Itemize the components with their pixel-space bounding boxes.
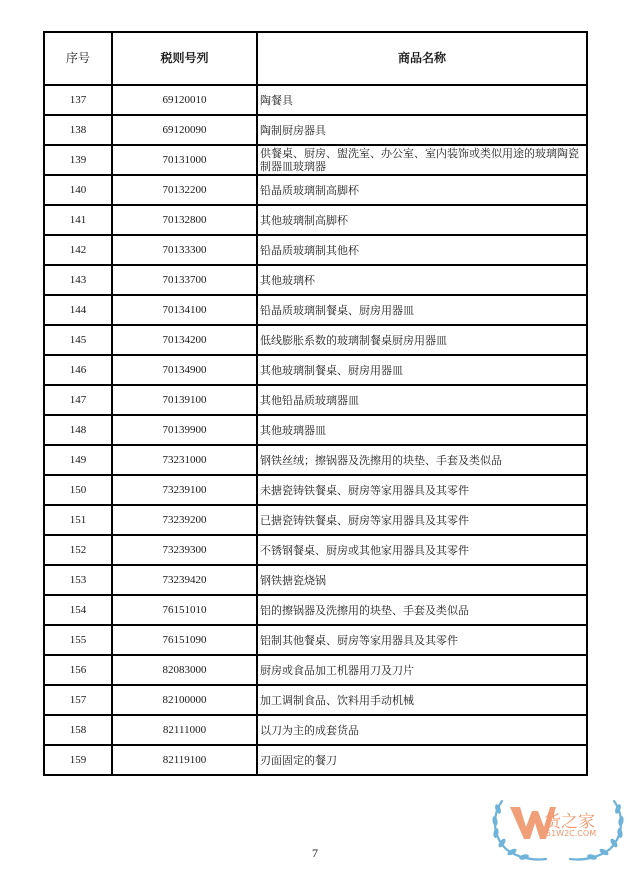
serial-number-cell: 147 bbox=[44, 385, 112, 415]
tariff-code-cell: 73239100 bbox=[112, 475, 257, 505]
product-name-cell: 已搪瓷铸铁餐桌、厨房等家用器具及其零件 bbox=[257, 505, 587, 535]
serial-number-cell: 137 bbox=[44, 85, 112, 115]
document-page: 序号 税则号列 商品名称 13769120010陶餐具13869120090陶制… bbox=[0, 0, 630, 872]
serial-number-cell: 144 bbox=[44, 295, 112, 325]
tariff-code-cell: 70134200 bbox=[112, 325, 257, 355]
serial-number-cell: 145 bbox=[44, 325, 112, 355]
product-name-cell: 刃面固定的餐刀 bbox=[257, 745, 587, 775]
product-name-cell: 铅晶质玻璃制高脚杯 bbox=[257, 175, 587, 205]
tariff-code-cell: 70139900 bbox=[112, 415, 257, 445]
serial-number-cell: 140 bbox=[44, 175, 112, 205]
tariff-code-cell: 73239300 bbox=[112, 535, 257, 565]
product-name-cell: 铅晶质玻璃制餐桌、厨房用器皿 bbox=[257, 295, 587, 325]
serial-number-cell: 149 bbox=[44, 445, 112, 475]
tariff-code-cell: 82119100 bbox=[112, 745, 257, 775]
table-row: 14870139900其他玻璃器皿 bbox=[44, 415, 587, 445]
product-name-cell: 低线膨胀系数的玻璃制餐桌厨房用器皿 bbox=[257, 325, 587, 355]
header-product-name: 商品名称 bbox=[257, 32, 587, 85]
tariff-code-cell: 70133300 bbox=[112, 235, 257, 265]
tariff-code-cell: 76151090 bbox=[112, 625, 257, 655]
product-name-cell: 供餐桌、厨房、盥洗室、办公室、室内装饰或类似用途的玻璃陶瓷制器皿玻璃器 bbox=[257, 145, 587, 175]
serial-number-cell: 153 bbox=[44, 565, 112, 595]
table-row: 14670134900其他玻璃制餐桌、厨房用器皿 bbox=[44, 355, 587, 385]
product-name-cell: 厨房或食品加工机器用刀及刀片 bbox=[257, 655, 587, 685]
serial-number-cell: 139 bbox=[44, 145, 112, 175]
product-name-cell: 其他玻璃器皿 bbox=[257, 415, 587, 445]
tariff-code-cell: 82111000 bbox=[112, 715, 257, 745]
tariff-code-cell: 70134100 bbox=[112, 295, 257, 325]
tariff-code-cell: 73239420 bbox=[112, 565, 257, 595]
serial-number-cell: 142 bbox=[44, 235, 112, 265]
table-row: 14470134100铅晶质玻璃制餐桌、厨房用器皿 bbox=[44, 295, 587, 325]
table-row: 14170132800其他玻璃制高脚杯 bbox=[44, 205, 587, 235]
tariff-code-cell: 69120010 bbox=[112, 85, 257, 115]
table-row: 13869120090陶制厨房器具 bbox=[44, 115, 587, 145]
tariff-code-cell: 70139100 bbox=[112, 385, 257, 415]
serial-number-cell: 138 bbox=[44, 115, 112, 145]
product-name-cell: 铅晶质玻璃制其他杯 bbox=[257, 235, 587, 265]
table-row: 14973231000钢铁丝绒；擦锅器及洗擦用的块垫、手套及类似品 bbox=[44, 445, 587, 475]
tariff-code-cell: 73231000 bbox=[112, 445, 257, 475]
table-body: 13769120010陶餐具13869120090陶制厨房器具139701310… bbox=[44, 85, 587, 775]
table-row: 15882111000以刀为主的成套货品 bbox=[44, 715, 587, 745]
table-row: 15073239100未搪瓷铸铁餐桌、厨房等家用器具及其零件 bbox=[44, 475, 587, 505]
table-row: 15373239420钢铁搪瓷烧锅 bbox=[44, 565, 587, 595]
serial-number-cell: 146 bbox=[44, 355, 112, 385]
table-row: 15273239300不锈钢餐桌、厨房或其他家用器具及其零件 bbox=[44, 535, 587, 565]
header-tariff-code: 税则号列 bbox=[112, 32, 257, 85]
watermark-url: 51W2C.COM bbox=[546, 829, 596, 838]
product-name-cell: 铝的擦锅器及洗擦用的块垫、手套及类似品 bbox=[257, 595, 587, 625]
tariff-code-cell: 76151010 bbox=[112, 595, 257, 625]
serial-number-cell: 154 bbox=[44, 595, 112, 625]
product-name-cell: 钢铁丝绒；擦锅器及洗擦用的块垫、手套及类似品 bbox=[257, 445, 587, 475]
serial-number-cell: 152 bbox=[44, 535, 112, 565]
serial-number-cell: 158 bbox=[44, 715, 112, 745]
product-name-cell: 未搪瓷铸铁餐桌、厨房等家用器具及其零件 bbox=[257, 475, 587, 505]
product-name-cell: 其他铅晶质玻璃器皿 bbox=[257, 385, 587, 415]
product-name-cell: 其他玻璃杯 bbox=[257, 265, 587, 295]
tariff-code-cell: 70131000 bbox=[112, 145, 257, 175]
tariff-code-cell: 82100000 bbox=[112, 685, 257, 715]
tariff-code-cell: 69120090 bbox=[112, 115, 257, 145]
table-row: 13970131000供餐桌、厨房、盥洗室、办公室、室内装饰或类似用途的玻璃陶瓷… bbox=[44, 145, 587, 175]
serial-number-cell: 143 bbox=[44, 265, 112, 295]
serial-number-cell: 151 bbox=[44, 505, 112, 535]
product-name-cell: 其他玻璃制餐桌、厨房用器皿 bbox=[257, 355, 587, 385]
product-name-cell: 铝制其他餐桌、厨房等家用器具及其零件 bbox=[257, 625, 587, 655]
table-row: 14370133700其他玻璃杯 bbox=[44, 265, 587, 295]
header-serial-number: 序号 bbox=[44, 32, 112, 85]
watermark-logo: 货之家 51W2C.COM bbox=[488, 793, 628, 868]
tariff-code-cell: 70132200 bbox=[112, 175, 257, 205]
serial-number-cell: 148 bbox=[44, 415, 112, 445]
serial-number-cell: 150 bbox=[44, 475, 112, 505]
table-row: 13769120010陶餐具 bbox=[44, 85, 587, 115]
tariff-table: 序号 税则号列 商品名称 13769120010陶餐具13869120090陶制… bbox=[43, 31, 588, 776]
serial-number-cell: 157 bbox=[44, 685, 112, 715]
serial-number-cell: 141 bbox=[44, 205, 112, 235]
product-name-cell: 以刀为主的成套货品 bbox=[257, 715, 587, 745]
tariff-code-cell: 82083000 bbox=[112, 655, 257, 685]
product-name-cell: 其他玻璃制高脚杯 bbox=[257, 205, 587, 235]
product-name-cell: 钢铁搪瓷烧锅 bbox=[257, 565, 587, 595]
tariff-code-cell: 70134900 bbox=[112, 355, 257, 385]
table-row: 15682083000厨房或食品加工机器用刀及刀片 bbox=[44, 655, 587, 685]
tariff-code-cell: 70132800 bbox=[112, 205, 257, 235]
serial-number-cell: 159 bbox=[44, 745, 112, 775]
table-row: 14570134200低线膨胀系数的玻璃制餐桌厨房用器皿 bbox=[44, 325, 587, 355]
serial-number-cell: 155 bbox=[44, 625, 112, 655]
table-row: 15476151010铝的擦锅器及洗擦用的块垫、手套及类似品 bbox=[44, 595, 587, 625]
table-row: 15782100000加工调制食品、饮料用手动机械 bbox=[44, 685, 587, 715]
product-name-cell: 陶制厨房器具 bbox=[257, 115, 587, 145]
serial-number-cell: 156 bbox=[44, 655, 112, 685]
table-row: 15982119100刃面固定的餐刀 bbox=[44, 745, 587, 775]
table-header-row: 序号 税则号列 商品名称 bbox=[44, 32, 587, 85]
table-row: 14770139100其他铅晶质玻璃器皿 bbox=[44, 385, 587, 415]
table-row: 14270133300铅晶质玻璃制其他杯 bbox=[44, 235, 587, 265]
table-row: 15173239200已搪瓷铸铁餐桌、厨房等家用器具及其零件 bbox=[44, 505, 587, 535]
table-row: 14070132200铅晶质玻璃制高脚杯 bbox=[44, 175, 587, 205]
product-name-cell: 不锈钢餐桌、厨房或其他家用器具及其零件 bbox=[257, 535, 587, 565]
product-name-cell: 加工调制食品、饮料用手动机械 bbox=[257, 685, 587, 715]
tariff-code-cell: 70133700 bbox=[112, 265, 257, 295]
tariff-code-cell: 73239200 bbox=[112, 505, 257, 535]
table-row: 15576151090铝制其他餐桌、厨房等家用器具及其零件 bbox=[44, 625, 587, 655]
product-name-cell: 陶餐具 bbox=[257, 85, 587, 115]
